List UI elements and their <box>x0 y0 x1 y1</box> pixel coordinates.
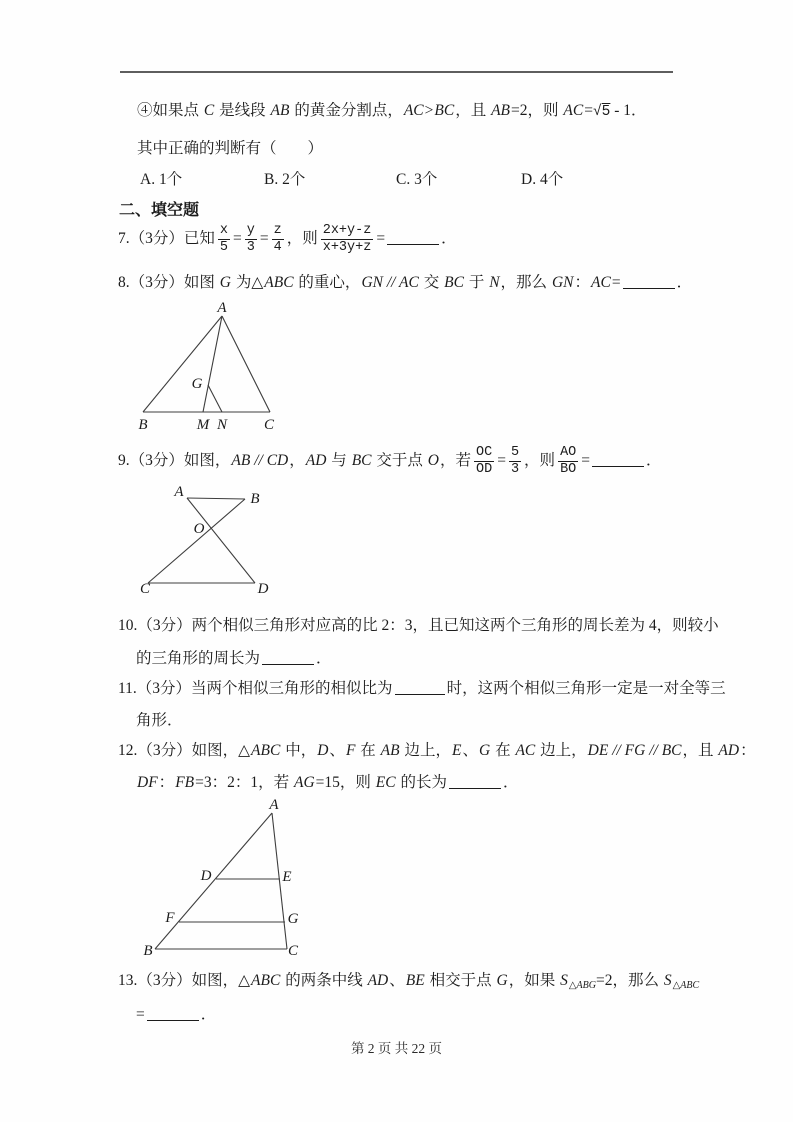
question-9: 9.（3分）如图，AB // CD，AD 与 BC 交于点 O，若OCOD=53… <box>118 441 662 481</box>
vertex-label-a: A <box>216 300 227 316</box>
math-variable: AB // CD <box>230 452 289 469</box>
text-run: 的三角形的周长为 <box>136 650 260 667</box>
text-run: 时，这两个相似三角形一定是一对全等三 <box>447 680 726 697</box>
blank-answer-line <box>387 244 439 245</box>
fraction-denominator: x+3y+z <box>321 240 374 256</box>
math-variable: S <box>559 972 569 989</box>
text-run: 、 <box>462 742 478 759</box>
text-run: = <box>581 452 590 469</box>
point-label-g: G <box>288 911 299 927</box>
text-run: =3：2：1，若 <box>195 774 293 791</box>
math-variable: GN // AC <box>360 274 419 291</box>
blank-answer-line <box>623 288 675 289</box>
math-variable: AC <box>590 274 612 291</box>
blank-answer-line <box>592 466 644 467</box>
math-variable: ABC <box>263 274 294 291</box>
figure-q9-bowtie: A B O C D <box>134 482 276 600</box>
square-root: √5 <box>593 102 610 119</box>
text-run: = <box>376 230 385 247</box>
text-run: 其中正确的判断有（ ） <box>137 140 323 157</box>
text-run: =15，则 <box>316 774 375 791</box>
top-rule-divider <box>120 71 673 73</box>
text-run: ，若 <box>440 452 471 469</box>
text-run: = <box>584 102 593 119</box>
math-variable: BE <box>405 972 426 989</box>
page-number-footer: 第 2 页 共 22 页 <box>0 1037 793 1057</box>
text-run: = <box>497 452 506 469</box>
text-run: - 1． <box>610 102 646 119</box>
math-variable: AG <box>293 774 316 791</box>
text-run: ： <box>740 742 756 759</box>
text-run: 7.（3分）已知 <box>118 230 215 247</box>
math-variable: AB <box>490 102 511 119</box>
point-label-m: M <box>196 417 211 433</box>
fraction: 2x+y-zx+3y+z <box>321 223 374 255</box>
subscript: △ABC <box>673 980 700 991</box>
vertex-label-b: B <box>138 417 147 433</box>
math-variable: AB <box>380 742 401 759</box>
text-run: 为△ <box>232 274 263 291</box>
text-run: ，如果 <box>509 972 559 989</box>
fraction: z4 <box>272 223 284 255</box>
math-variable: O <box>427 452 440 469</box>
figure-q8-centroid-triangle: A B C G M N <box>128 296 290 436</box>
blank-answer-line <box>449 788 501 789</box>
text-run: 交于点 <box>373 452 427 469</box>
text-run: ． <box>677 274 693 291</box>
text-run: 的长为 <box>397 774 447 791</box>
math-variable: AB <box>270 102 291 119</box>
math-variable: FB <box>174 774 195 791</box>
text-run: ④如果点 <box>137 102 203 119</box>
fraction: OCOD <box>474 445 494 477</box>
math-variable: S <box>663 972 673 989</box>
text-run: ，则 <box>524 452 555 469</box>
text-run: ， <box>289 452 305 469</box>
math-variable: AD <box>717 742 740 759</box>
question-10-line-2: 的三角形的周长为． <box>136 648 332 669</box>
fraction-numerator: x <box>218 223 230 240</box>
math-variable: DF <box>136 774 159 791</box>
blank-answer-line <box>262 664 314 665</box>
option-d: D. 4个 <box>521 167 563 189</box>
text-run: 相交于点 <box>426 972 496 989</box>
text-run: ． <box>646 452 662 469</box>
fraction-denominator: BO <box>558 462 578 478</box>
edge-ba <box>143 316 222 412</box>
judge-prompt: 其中正确的判断有（ ） <box>137 138 323 159</box>
text-run: ． <box>441 230 457 247</box>
blank-answer-line <box>147 1020 199 1021</box>
point-label-f: F <box>164 910 175 926</box>
text-run: =2，那么 <box>596 972 663 989</box>
fraction-numerator: AO <box>558 445 578 462</box>
figure-q12-parallel-lines-triangle: A B C D E F G <box>139 796 309 958</box>
option-a: A. 1个 <box>140 167 182 189</box>
text-run: = <box>136 1006 145 1023</box>
text-run: ，且 <box>683 742 718 759</box>
question-10-line-1: 10.（3分）两个相似三角形对应高的比 2：3，且已知这两个三角形的周长差为 4… <box>118 615 719 636</box>
text-run: 在 <box>491 742 514 759</box>
fraction-numerator: 2x+y-z <box>321 223 374 240</box>
blank-answer-line <box>395 694 445 695</box>
math-variable: ABC <box>250 972 281 989</box>
text-run: 于 <box>465 274 488 291</box>
median-am <box>203 316 222 412</box>
question-12-line-1: 12.（3分）如图，△ABC 中，D、F 在 AB 边上，E、G 在 AC 边上… <box>118 740 756 761</box>
statement-item-4: ④如果点 C 是线段 AB 的黄金分割点，AC>BC，且 AB=2，则 AC=√… <box>137 100 647 123</box>
vertex-label-a: A <box>268 797 279 813</box>
text-run: 角形． <box>136 712 183 729</box>
fraction: x5 <box>218 223 230 255</box>
text-run: = <box>233 230 242 247</box>
math-variable: AC <box>562 102 584 119</box>
text-run: 的黄金分割点， <box>290 102 402 119</box>
text-run: 、 <box>329 742 345 759</box>
text-run: 的两条中线 <box>281 972 366 989</box>
point-label-d: D <box>200 868 212 884</box>
edge-ac <box>222 316 270 412</box>
text-run: 与 <box>327 452 350 469</box>
point-label-o: O <box>194 521 205 537</box>
text-run: 的重心， <box>295 274 361 291</box>
fraction: y3 <box>245 223 257 255</box>
math-variable: BC <box>433 102 455 119</box>
question-11-line-2: 角形． <box>136 710 183 731</box>
fraction-denominator: OD <box>474 462 494 478</box>
text-run: 在 <box>356 742 379 759</box>
vertex-label-c: C <box>264 417 275 433</box>
exam-document-page: ④如果点 C 是线段 AB 的黄金分割点，AC>BC，且 AB=2，则 AC=√… <box>0 0 793 1122</box>
point-label-e: E <box>281 869 291 885</box>
text-run: ． <box>201 1006 217 1023</box>
vertex-label-a: A <box>173 484 184 500</box>
vertex-label-c: C <box>288 943 299 958</box>
math-variable: G <box>219 274 232 291</box>
math-variable: D <box>316 742 329 759</box>
math-variable: BC <box>443 274 465 291</box>
math-variable: G <box>478 742 491 759</box>
text-run: ，则 <box>287 230 318 247</box>
math-variable: N <box>488 274 500 291</box>
text-run: = <box>260 230 269 247</box>
text-run: ． <box>316 650 332 667</box>
math-variable: AC <box>403 102 425 119</box>
segment-gn <box>208 385 222 412</box>
text-run: 12.（3分）如图，△ <box>118 742 250 759</box>
math-variable: F <box>345 742 356 759</box>
point-label-n: N <box>216 417 228 433</box>
vertex-label-b: B <box>250 491 259 507</box>
question-13-line-2: =． <box>136 1004 216 1025</box>
math-variable: EC <box>375 774 397 791</box>
question-12-line-2: DF：FB=3：2：1，若 AG=15，则 EC 的长为． <box>136 772 519 793</box>
question-8: 8.（3分）如图 G 为△ABC 的重心，GN // AC 交 BC 于 N，那… <box>118 272 692 293</box>
fraction-denominator: 3 <box>245 240 257 256</box>
fraction-numerator: y <box>245 223 257 240</box>
fraction-denominator: 3 <box>509 462 521 478</box>
question-7: 7.（3分）已知x5=y3=z4，则2x+y-zx+3y+z=． <box>118 219 457 259</box>
vertex-label-d: D <box>257 581 269 597</box>
edge-ba <box>155 813 272 949</box>
text-run: 13.（3分）如图，△ <box>118 972 250 989</box>
text-run: 9.（3分）如图， <box>118 452 230 469</box>
text-run: 边上， <box>536 742 586 759</box>
fraction-numerator: OC <box>474 445 494 462</box>
text-run: 10.（3分）两个相似三角形对应高的比 2：3，且已知这两个三角形的周长差为 4… <box>118 617 719 634</box>
text-run: =2，则 <box>511 102 562 119</box>
text-run: ． <box>503 774 519 791</box>
math-variable: G <box>495 972 508 989</box>
text-run: 11.（3分）当两个相似三角形的相似比为 <box>118 680 393 697</box>
math-variable: AC <box>514 742 536 759</box>
math-variable: GN <box>551 274 575 291</box>
edge-ab <box>187 498 245 499</box>
text-run: = <box>612 274 621 291</box>
vertex-label-c: C <box>140 581 151 597</box>
option-c: C. 3个 <box>396 167 437 189</box>
fraction: AOBO <box>558 445 578 477</box>
section-heading-fill-in: 二、填空题 <box>119 200 199 221</box>
fraction: 53 <box>509 445 521 477</box>
text-run: ： <box>574 274 590 291</box>
text-run: 边上， <box>401 742 451 759</box>
math-variable: AD <box>367 972 390 989</box>
math-variable: ABC <box>250 742 281 759</box>
line-bc <box>148 499 245 583</box>
math-variable: AD <box>305 452 328 469</box>
question-13-line-1: 13.（3分）如图，△ABC 的两条中线 AD、BE 相交于点 G，如果 S△A… <box>118 970 699 996</box>
text-run: ： <box>159 774 175 791</box>
text-run: ，且 <box>455 102 490 119</box>
text-run: 8.（3分）如图 <box>118 274 219 291</box>
text-run: 是线段 <box>215 102 269 119</box>
text-run: ，那么 <box>501 274 551 291</box>
subscript: △ABG <box>569 980 596 991</box>
math-variable: E <box>451 742 462 759</box>
fraction-denominator: 4 <box>272 240 284 256</box>
text-run: 交 <box>420 274 443 291</box>
text-run: 、 <box>389 972 405 989</box>
math-variable: C <box>203 102 215 119</box>
math-variable: BC <box>351 452 373 469</box>
radical-sign-icon: √ <box>593 104 602 120</box>
fraction-denominator: 5 <box>218 240 230 256</box>
math-variable: DE // FG // BC <box>587 742 683 759</box>
fraction-numerator: 5 <box>509 445 521 462</box>
text-run: 中， <box>281 742 316 759</box>
vertex-label-b: B <box>143 943 152 958</box>
point-label-g: G <box>192 376 203 392</box>
question-11-line-1: 11.（3分）当两个相似三角形的相似比为时，这两个相似三角形一定是一对全等三 <box>118 678 726 699</box>
option-b: B. 2个 <box>264 167 305 189</box>
fraction-numerator: z <box>272 223 284 240</box>
